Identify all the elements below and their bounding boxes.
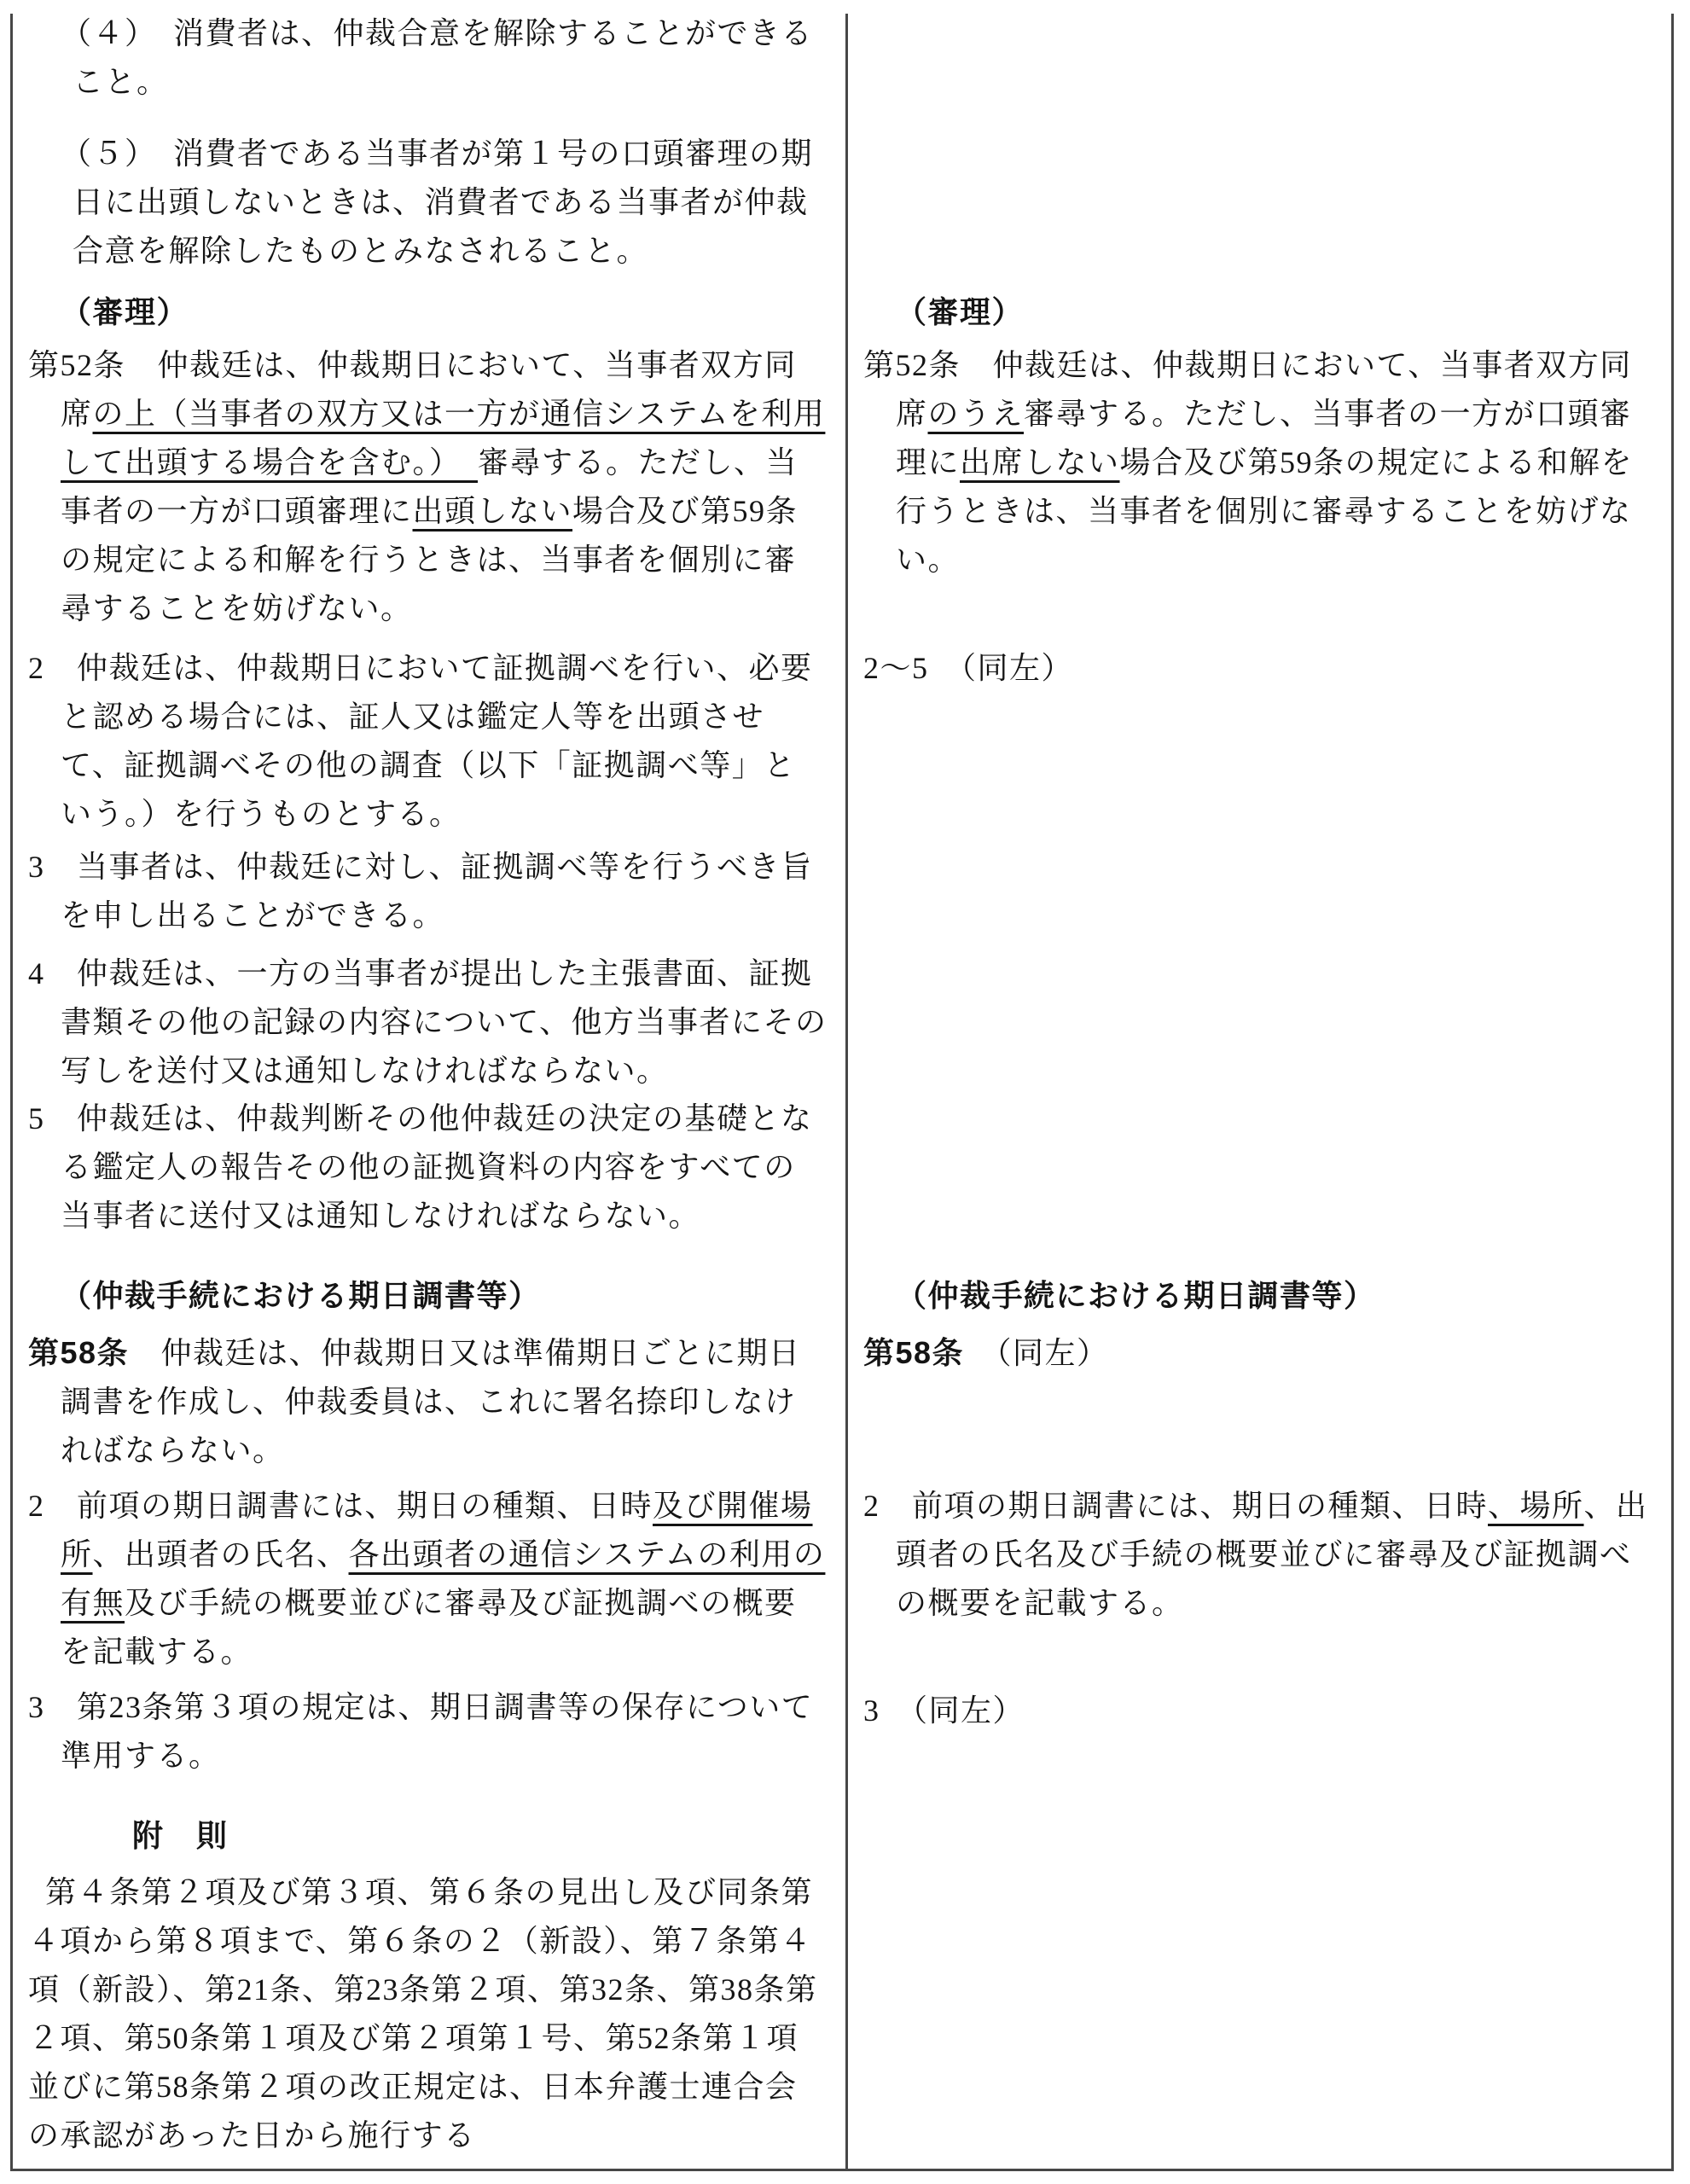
article-58-paragraph-2: 2 前項の期日調書には、期日の種類、日時及び開催場所、出頭者の氏名、各出頭者の通… xyxy=(28,1482,828,1676)
text-segment: （同左） xyxy=(964,1336,1109,1370)
item-4: （４） 消費者は、仲裁合意を解除することができること。 xyxy=(28,9,828,107)
table-border-bottom xyxy=(10,2169,1674,2171)
bold-text-segment: 附 則 xyxy=(132,1818,229,1853)
underlined-text-segment: 、場所 xyxy=(1488,1489,1584,1523)
text-segment: 2 前項の期日調書には、期日の種類、日時 xyxy=(863,1489,1488,1523)
fusoku-body: 第４条第２項及び第３項、第６条の見出し及び同条第４項から第８項まで、第６条の２（… xyxy=(28,1868,828,2160)
article-52: 第52条 仲裁廷は、仲裁期日において、当事者双方同席の上（当事者の双方又は一方が… xyxy=(28,341,828,633)
heading-shinri: （審理） xyxy=(863,288,1653,337)
bold-text-segment: 第58条 xyxy=(28,1335,129,1370)
table-border-right xyxy=(1671,14,1674,2171)
current-text-column: （審理）第52条 仲裁廷は、仲裁期日において、当事者双方同席のうえ審尋する。ただ… xyxy=(848,0,1671,2169)
text-segment: 及び手続の概要並びに審尋及び証拠調べの概要を記載する。 xyxy=(61,1586,797,1669)
bold-text-segment: （仲裁手続における期日調書等） xyxy=(61,1278,541,1313)
article-58: 第58条 仲裁廷は、仲裁期日又は準備期日ごとに期日調書を作成し、仲裁委員は、これ… xyxy=(28,1328,828,1475)
amended-text-column: （４） 消費者は、仲裁合意を解除することができること。（５） 消費者である当事者… xyxy=(13,0,845,2169)
fusoku-heading: 附 則 xyxy=(28,1811,828,1861)
article-58-paragraph-3: 3 （同左） xyxy=(863,1687,1653,1735)
paragraph-4: 4 仲裁廷は、一方の当事者が提出した主張書面、証拠書類その他の記録の内容について… xyxy=(28,950,828,1095)
text-segment: 仲裁廷は、仲裁期日又は準備期日ごとに期日調書を作成し、仲裁委員は、これに署名捺印… xyxy=(61,1336,801,1467)
text-segment: 3 第23条第３項の規定は、期日調書等の保存について準用する。 xyxy=(28,1690,813,1773)
bold-text-segment: （仲裁手続における期日調書等） xyxy=(896,1278,1376,1313)
text-segment: 3 当事者は、仲裁廷に対し、証拠調べ等を行うべき旨を申し出ることができる。 xyxy=(28,850,813,932)
article-58-paragraph-3: 3 第23条第３項の規定は、期日調書等の保存について準用する。 xyxy=(28,1683,828,1780)
paragraph-5: 5 仲裁廷は、仲裁判断その他仲裁廷の決定の基礎となる鑑定人の報告その他の証拠資料… xyxy=(28,1095,828,1240)
heading-shinri: （審理） xyxy=(28,288,828,337)
text-segment: （５） 消費者である当事者が第１号の口頭審理の期日に出頭しないときは、消費者であ… xyxy=(61,136,813,268)
article-52: 第52条 仲裁廷は、仲裁期日において、当事者双方同席のうえ審尋する。ただし、当事… xyxy=(863,341,1653,584)
article-58: 第58条 （同左） xyxy=(863,1328,1653,1378)
heading-chosho: （仲裁手続における期日調書等） xyxy=(28,1271,828,1321)
text-segment: 2〜5 （同左） xyxy=(863,651,1073,685)
heading-chosho: （仲裁手続における期日調書等） xyxy=(863,1271,1653,1321)
text-segment: 3 （同左） xyxy=(863,1693,1025,1728)
text-segment: 2 前項の期日調書には、期日の種類、日時 xyxy=(28,1489,653,1523)
text-segment: 、出頭者の氏名、 xyxy=(93,1537,349,1571)
article-58-paragraph-2: 2 前項の期日調書には、期日の種類、日時、場所、出頭者の氏名及び手続の概要並びに… xyxy=(863,1482,1653,1628)
paragraphs-2-5: 2〜5 （同左） xyxy=(863,644,1653,693)
underlined-text-segment: 出席しない xyxy=(960,445,1120,479)
text-segment: 4 仲裁廷は、一方の当事者が提出した主張書面、証拠書類その他の記録の内容について… xyxy=(28,956,828,1088)
underlined-text-segment: 出頭しない xyxy=(413,494,573,528)
bold-text-segment: 第58条 xyxy=(863,1335,964,1370)
bold-text-segment: （審理） xyxy=(896,294,1024,329)
paragraph-3: 3 当事者は、仲裁廷に対し、証拠調べ等を行うべき旨を申し出ることができる。 xyxy=(28,843,828,940)
text-segment: 第４条第２項及び第３項、第６条の見出し及び同条第４項から第８項まで、第６条の２（… xyxy=(28,1875,818,2152)
paragraph-2: 2 仲裁廷は、仲裁期日において証拠調べを行い、必要と認める場合には、証人又は鑑定… xyxy=(28,644,828,839)
item-5: （５） 消費者である当事者が第１号の口頭審理の期日に出頭しないときは、消費者であ… xyxy=(28,130,828,276)
text-segment: 5 仲裁廷は、仲裁判断その他仲裁廷の決定の基礎となる鑑定人の報告その他の証拠資料… xyxy=(28,1101,813,1233)
text-segment: （４） 消費者は、仲裁合意を解除することができること。 xyxy=(61,16,813,99)
underlined-text-segment: のうえ xyxy=(928,397,1025,431)
text-segment: 2 仲裁廷は、仲裁期日において証拠調べを行い、必要と認める場合には、証人又は鑑定… xyxy=(28,651,813,831)
bold-text-segment: （審理） xyxy=(61,294,189,329)
